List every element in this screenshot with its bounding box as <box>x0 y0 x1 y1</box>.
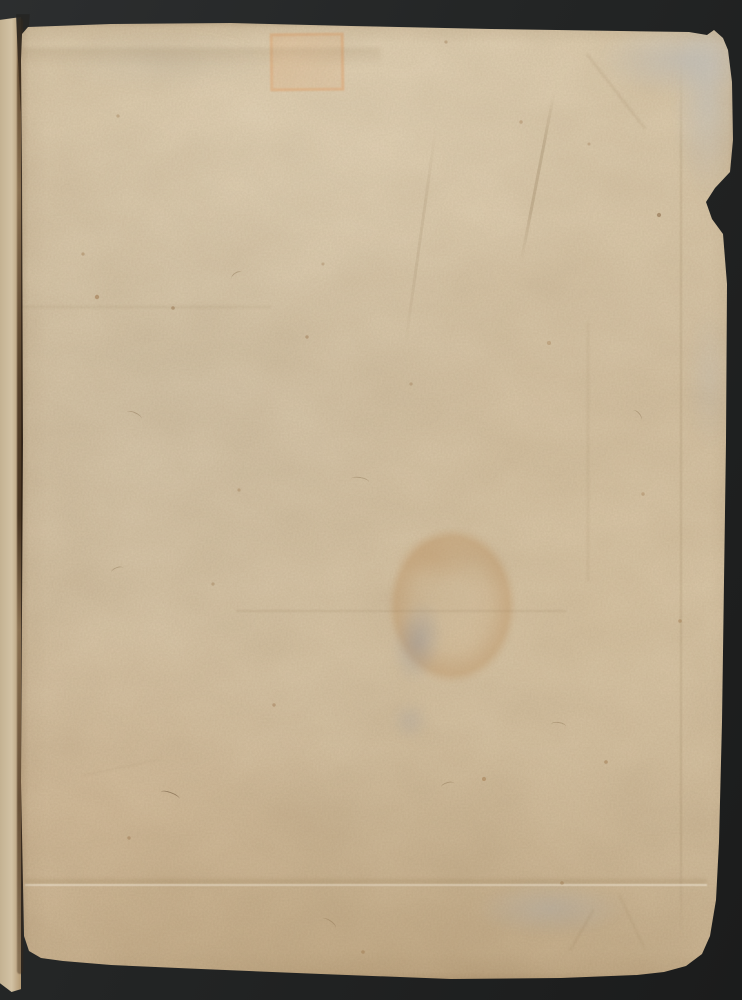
crease-top-shadow <box>21 48 381 70</box>
seal-script-marks <box>273 36 341 37</box>
manuscript-page <box>21 22 736 982</box>
paper-fiber <box>230 269 244 281</box>
crease-through-stain <box>236 610 566 612</box>
crease-right-vertical <box>680 62 682 938</box>
ink-bleed-smudge-lower <box>385 696 435 746</box>
paper-fiber <box>551 721 567 730</box>
ink-bleed-smudge <box>376 581 460 701</box>
paper-fiber <box>630 409 643 423</box>
paper-fiber <box>440 780 455 790</box>
paper-fiber <box>125 409 142 422</box>
wrinkle-bottom-left <box>82 759 160 777</box>
scan-background <box>0 0 742 1000</box>
bleed-through-bottom <box>483 880 633 938</box>
crease-middle-vertical <box>587 322 589 582</box>
bleed-through-right-edge <box>673 30 735 230</box>
page-edge-shading <box>21 22 736 982</box>
water-stain-dark-rim <box>385 528 489 586</box>
crease-left-horizontal <box>21 306 271 308</box>
paper-fiber <box>159 789 180 802</box>
bleed-through-right-middle <box>685 294 735 464</box>
water-stain <box>385 528 519 690</box>
paper-fiber <box>320 916 337 931</box>
crease-upper-right <box>519 91 555 263</box>
paper-fiber <box>351 475 370 485</box>
fold-line-bottom-ridge <box>25 884 707 886</box>
paper-grain-texture <box>21 22 736 982</box>
crease-upper-center <box>403 123 438 351</box>
paper-fiber <box>110 565 125 576</box>
